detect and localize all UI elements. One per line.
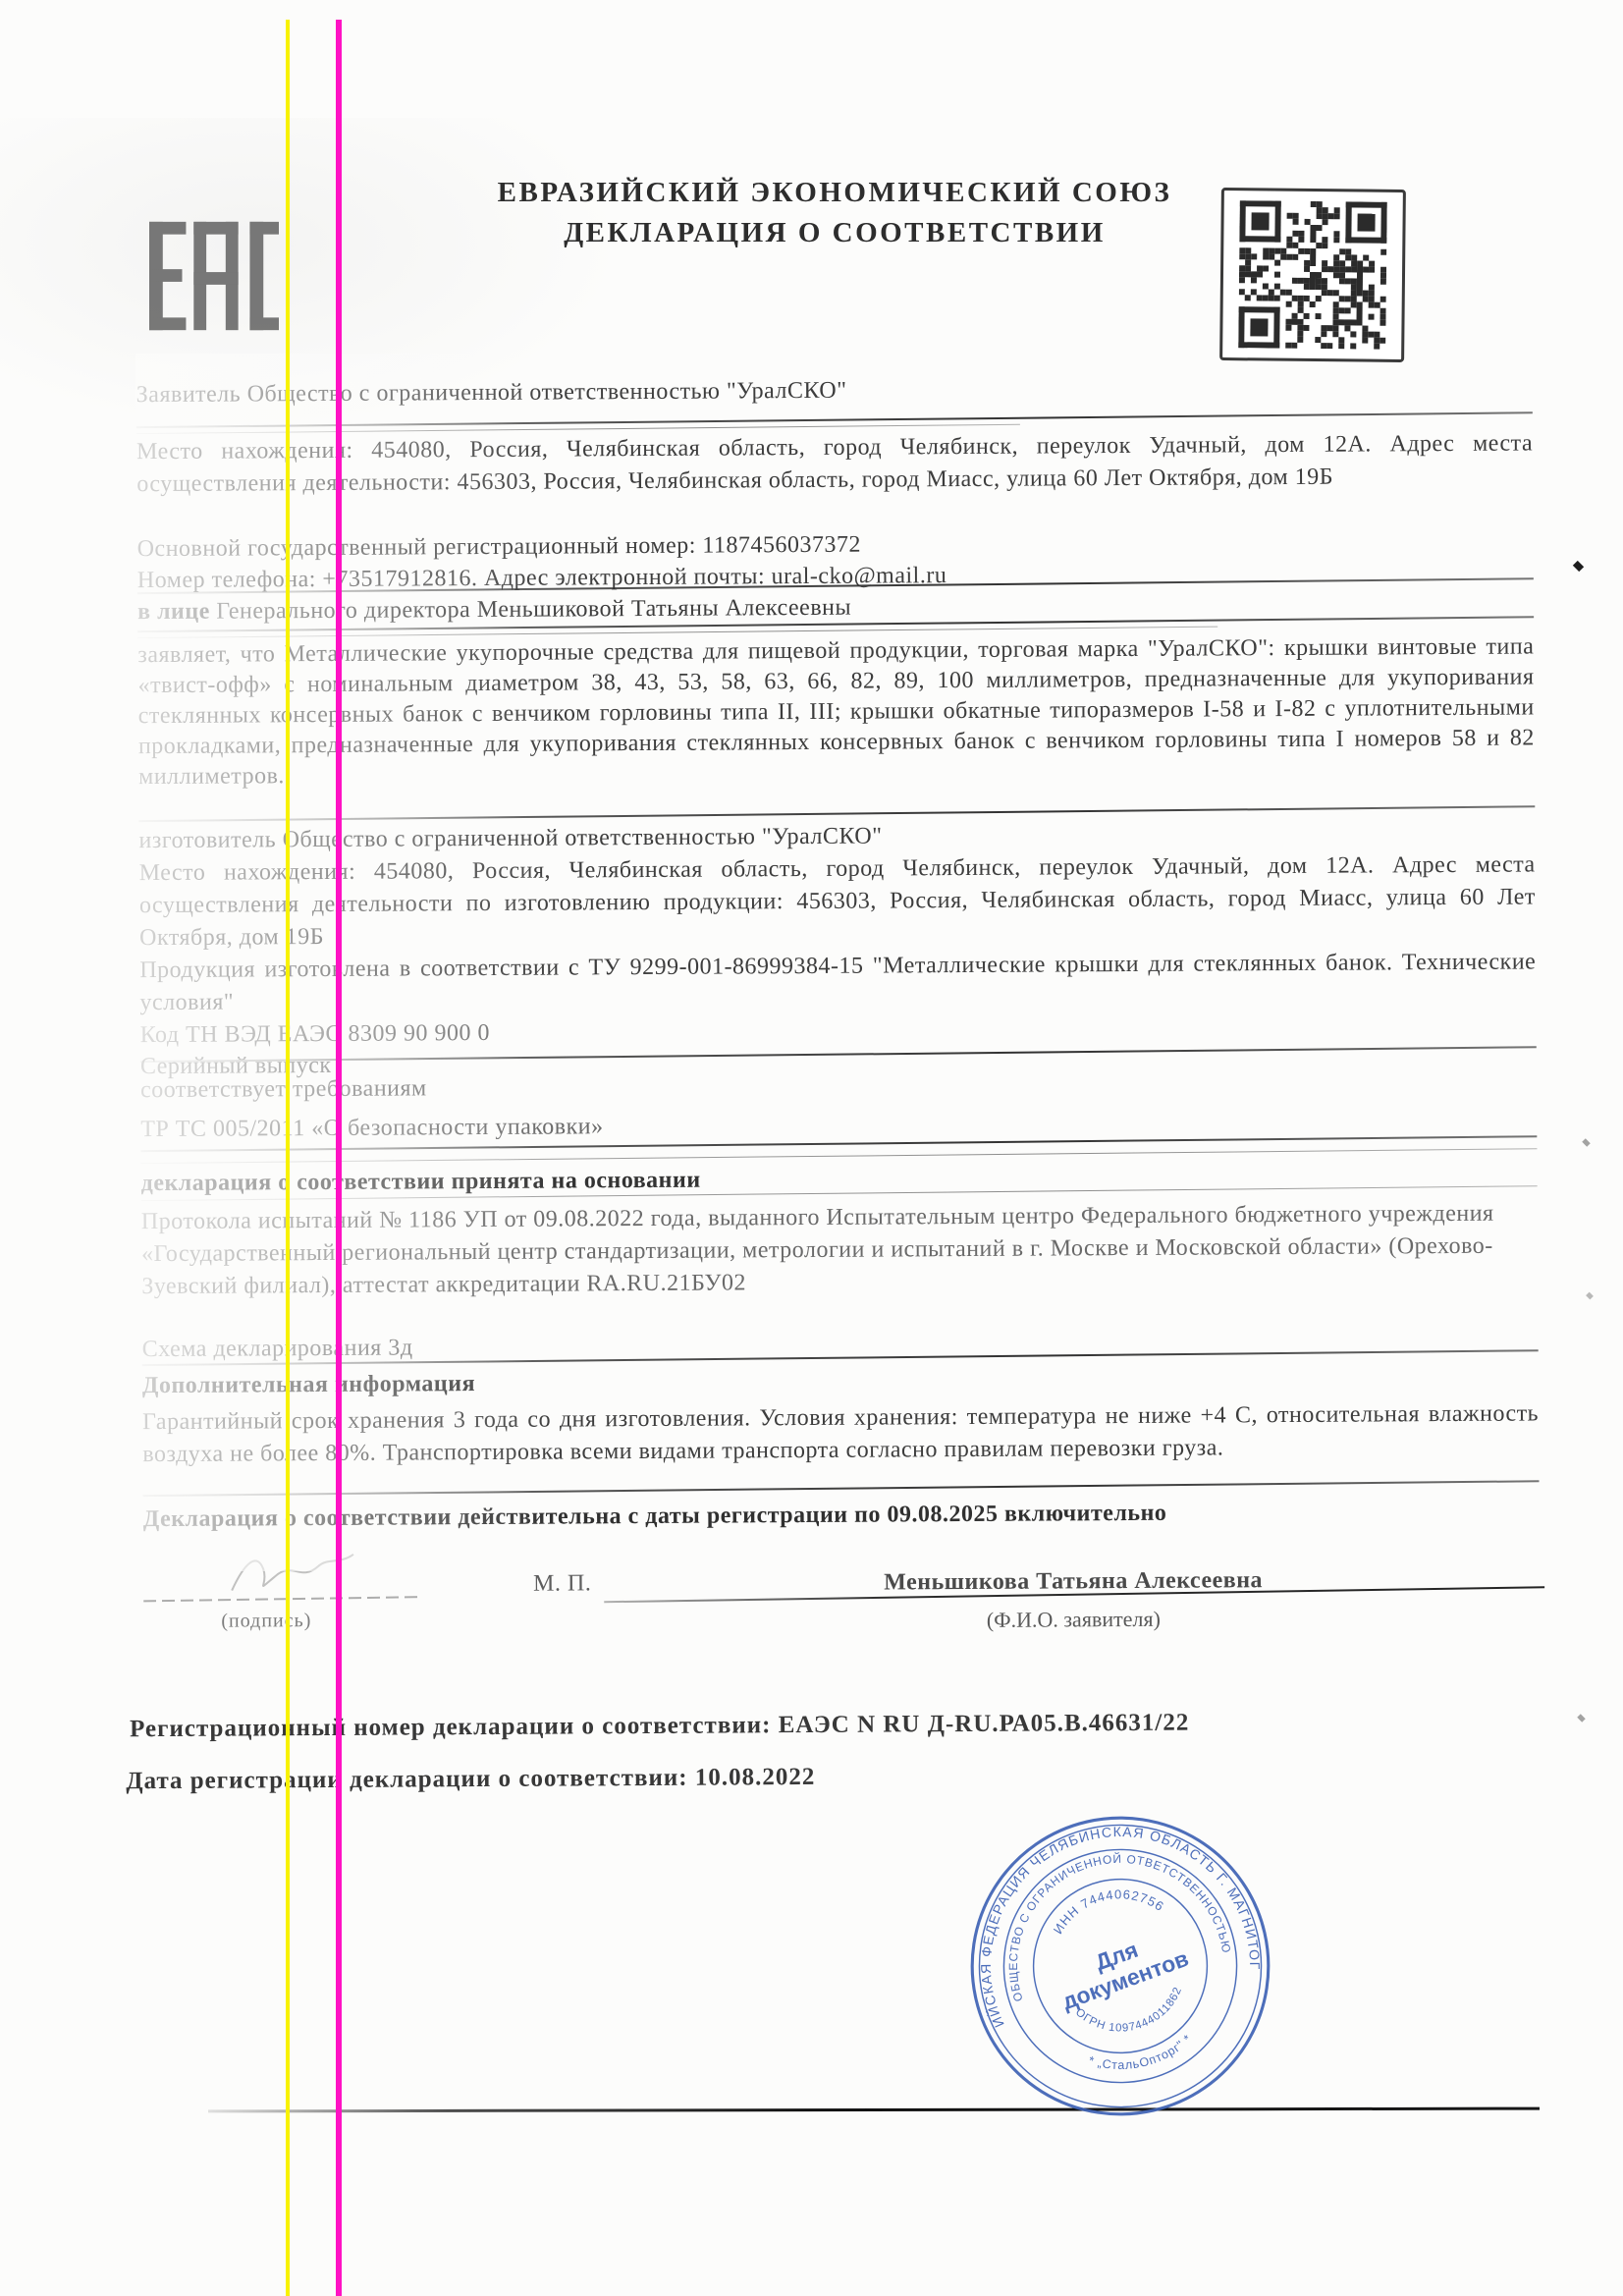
scanned-declaration-page: ЕАС ЕВРАЗИЙСКИЙ ЭКОНОМИЧЕСКИЙ СОЮЗ ДЕКЛА… — [0, 0, 1623, 2296]
applicant-line: Заявитель Общество с ограниченной ответс… — [136, 370, 1533, 411]
protocol-paragraph: Протокола испытаний № 1186 УП от 09.08.2… — [141, 1197, 1539, 1303]
applicant-address: Место нахождения: 454080, Россия, Челяби… — [136, 427, 1533, 501]
divider — [143, 1480, 1540, 1497]
validity-line: Декларация о соответствии действительна … — [143, 1495, 1540, 1536]
tr-ts-line: ТР ТС 005/2011 «О безопасности упаковки» — [140, 1105, 1537, 1146]
in-person-text: Генерального директора Меньшиковой Татья… — [210, 595, 851, 625]
basis-heading: декларация о соответствии принята на осн… — [141, 1159, 1538, 1200]
scheme-line: Схема декларирования 3д — [142, 1325, 1539, 1366]
signature-caption: (подпись) — [221, 1610, 311, 1633]
document-body: Заявитель Общество с ограниченной ответс… — [0, 0, 1623, 2296]
yellow-scan-line — [286, 20, 290, 2296]
mp-stamp-place: М. П. — [533, 1567, 591, 1600]
fullname-caption: (Ф.И.О. заявителя) — [631, 1605, 1515, 1635]
magenta-scan-line — [336, 20, 342, 2296]
stamp-company-name: * „СтальОпторг" * — [1084, 2030, 1198, 2082]
in-person-label: в лице — [137, 599, 210, 625]
company-round-stamp: РОССИЙСКАЯ ФЕДЕРАЦИЯ ЧЕЛЯБИНСКАЯ ОБЛАСТЬ… — [967, 1813, 1273, 2119]
declares-paragraph: заявляет, что Металлические укупорочные … — [137, 631, 1535, 793]
additional-info-heading: Дополнительная информация — [142, 1361, 1539, 1402]
additional-info-text: Гарантийный срок хранения 3 года со дня … — [142, 1397, 1539, 1471]
tu-paragraph: Продукция изготовлена в соответствии с Т… — [139, 946, 1536, 1019]
manufacturer-address: Место нахождения: 454080, Россия, Челяби… — [139, 848, 1537, 955]
svg-text:* „СтальОпторг" *: * „СтальОпторг" * — [1084, 2030, 1198, 2082]
